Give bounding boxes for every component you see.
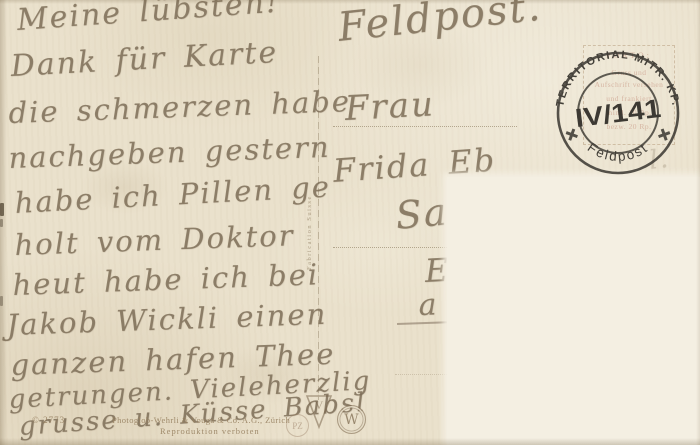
pz-circle-stamp-icon: PZ [286, 414, 309, 437]
message-line: nachgeben gestern [8, 133, 331, 173]
logo-pz-letters: PZ [292, 421, 303, 431]
message-line: Dank für Karte [10, 38, 279, 82]
address-line-partial: a [418, 290, 439, 321]
logo-v-letter: V [315, 398, 324, 412]
feldpost-postmark-stamp: TERRITORIAL MITR. KP. Feldpost IV/141 [549, 44, 687, 182]
message-line: holt vom Doktor [14, 221, 295, 260]
message-line: die schmerzen habe [8, 87, 351, 128]
swiss-cross-icon [657, 127, 672, 142]
postmark-arc-bottom-text: Feldpost [585, 140, 651, 164]
message-line: Meine lübsten! [16, 0, 281, 36]
wehrli-w-logo-icon: W [337, 405, 366, 434]
edge-ink-mark [0, 203, 4, 216]
erased-address-patch [447, 177, 700, 445]
publisher-v-triangle-icon: V [305, 394, 333, 430]
address-line-frau: Frau [344, 87, 436, 126]
edge-ink-mark [0, 219, 3, 227]
logo-w-letter: W [344, 412, 358, 428]
message-line: heut habe ich bei [12, 260, 320, 300]
svg-text:Feldpost: Feldpost [585, 140, 651, 164]
address-line-place: Sa [394, 192, 450, 234]
postcard-back: Meine lübsten! Dank für Karte die schmer… [0, 0, 700, 445]
imprint-number: © 2773 [32, 415, 65, 425]
message-line: Jakob Wickli einen [6, 300, 328, 340]
imprint-notice: Reproduktion verboten [160, 426, 260, 436]
imprint-publisher: Photoglob-Wehrli & Vouga & Co. A.G., Zür… [112, 415, 290, 425]
edge-ink-mark [0, 296, 3, 306]
message-line: habe ich Pillen ge [14, 172, 332, 218]
address-feldpost: Feldpost. [336, 0, 544, 48]
address-rule [333, 233, 449, 248]
postmark-unit-number: IV/141 [573, 93, 662, 133]
